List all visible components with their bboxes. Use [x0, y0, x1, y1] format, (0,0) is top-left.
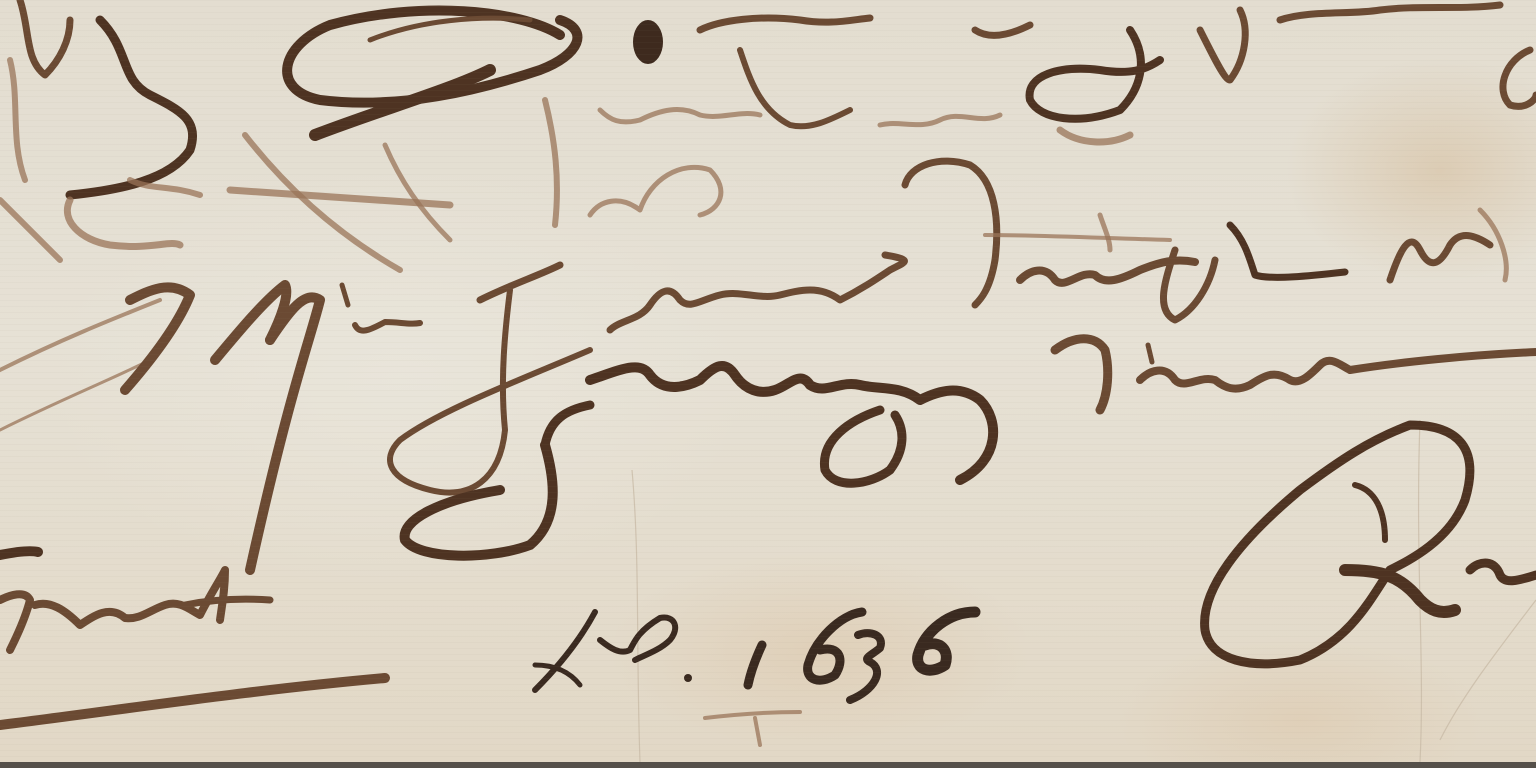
date-strokes — [535, 612, 975, 745]
manuscript-page: Mr. [illegible] [illegible] W[…] [illegi… — [0, 0, 1536, 762]
paper-crease — [632, 470, 640, 762]
top-right-scribbles — [880, 5, 1536, 142]
handwriting-strokes — [0, 0, 1536, 762]
bottom-left-strokes — [0, 551, 385, 725]
top-center-flourish — [287, 11, 870, 225]
page-edge-shadow — [0, 762, 1536, 768]
r-signature-strokes — [1205, 425, 1536, 664]
ink-blot — [633, 20, 663, 64]
line-1-strokes — [905, 161, 1506, 320]
top-left-scribbles — [0, 0, 450, 270]
paper-crease — [1440, 600, 1536, 740]
mr-signature-strokes — [0, 255, 904, 570]
